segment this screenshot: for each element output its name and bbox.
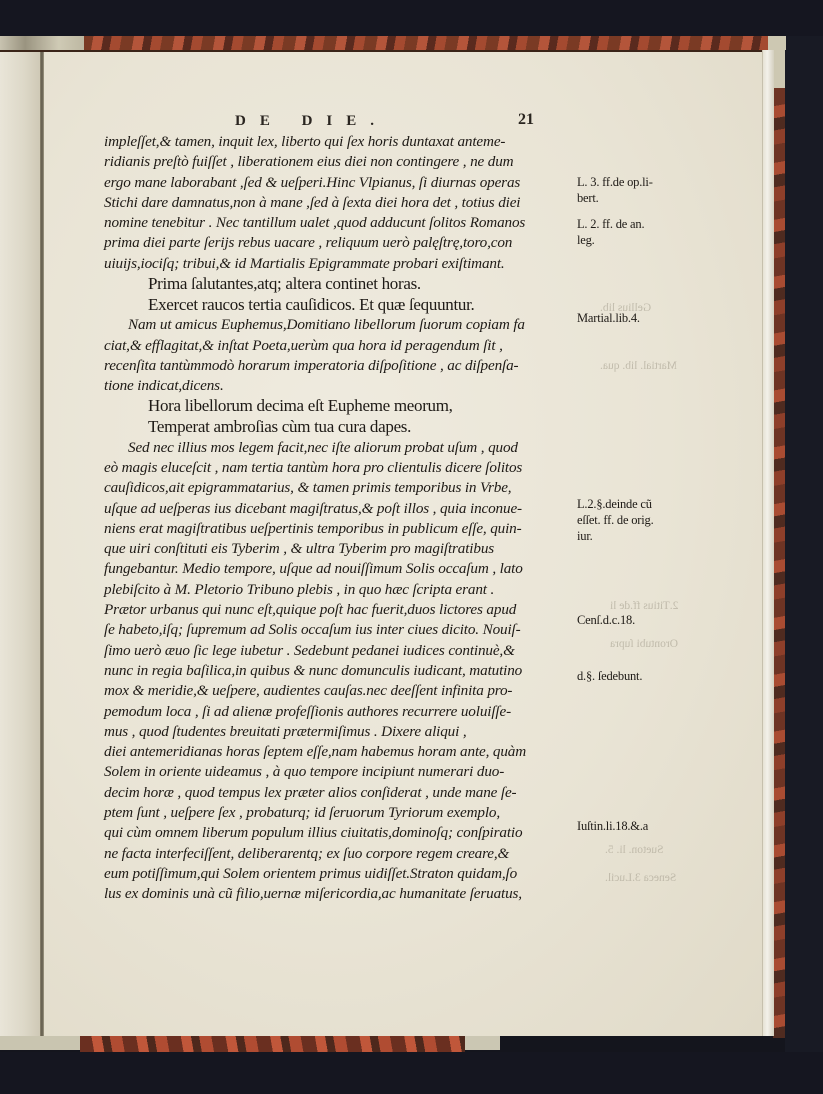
text-line: niens erat magiſtratibus ueſpertinis tem… [104,519,582,539]
margin-note-line: eſſet. ff. de orig. [577,512,654,528]
marbled-cover-bottom-edge [80,1036,465,1052]
running-head: DE DIE. [235,113,388,130]
text-line: lus ex dominis unà cũ filio,uernæ miſeri… [104,884,582,904]
text-line: eum potiſſimum,qui Solem orientem primus… [104,864,582,884]
marbled-cover-top-edge [0,36,770,52]
text-line: qui cùm omnem liberum populum illius ciu… [104,823,582,843]
vellum-corner-right [773,50,785,90]
margin-note: Cenſ.d.c.18. [577,612,635,628]
scan-background-right [785,36,823,1052]
margin-note: d.§. ſedebunt. [577,668,642,684]
vellum-corner-bottom [465,1036,500,1050]
text-line: decim horæ , quod tempus lex præter alio… [104,783,582,803]
margin-note: L. 2. ff. de an.leg. [577,216,644,248]
scan-background-top [0,0,823,36]
margin-note-line: leg. [577,232,644,248]
margin-note-line: Martial.lib.4. [577,310,640,326]
show-through-line: Seneca 3.Lucil. [605,872,676,884]
margin-note-line: L.2.§.deinde cũ [577,496,654,512]
text-line: prima diei parte ſerijs rebus uacare , r… [104,233,582,253]
text-line: ptem ſunt , ueſpere ſex , probaturq; id … [104,803,582,823]
facing-page-left [0,52,40,1036]
verse-line: Hora libellorum decima eſt Eupheme meoru… [104,396,582,417]
text-line: eò magis eluceſcit , nam tertia tantùm h… [104,458,582,478]
margin-note: Iuſtin.li.18.&.a [577,818,648,834]
text-line: Stichi dare damnatus,non à mane ,ſed à ſ… [104,193,582,213]
text-line: ergo mane laborabant ,ſed & ueſperi.Hinc… [104,173,582,193]
text-line: pemodum loca , ſi ad alienæ profeſſionis… [104,702,582,722]
verse-line: Prima ſalutantes,atq; altera continet ho… [104,274,582,295]
margin-note-line: L. 3. ff.de op.li- [577,174,653,190]
show-through-line: Martial. lib. qua. [600,360,677,372]
verse-line: Temperat ambroſias cùm tua cura dapes. [104,417,582,438]
text-line: fungebantur. Medio tempore, uſque ad nou… [104,559,582,579]
text-line: ciat,& efflagitat,& inſtat Poeta,uerùm q… [104,336,582,356]
text-line: Sed nec illius mos legem facit,nec iſte … [104,438,582,458]
text-line: que uiri conſtituti eis Tyberim , & ultr… [104,539,582,559]
text-line: mus , quod ſtudentes breuitati prætermiſ… [104,722,582,742]
margin-note-line: bert. [577,190,653,206]
text-line: recenſita tantùmmodò horarum imperatoria… [104,356,582,376]
page-header: DE DIE. 21 [100,113,600,131]
text-line: uſque ad ueſperas ius dicebant magiſtrat… [104,499,582,519]
text-line: impleſſet,& tamen, inquit lex, liberto q… [104,132,582,152]
margin-note: L.2.§.deinde cũeſſet. ff. de orig.iur. [577,496,654,544]
margin-note: Martial.lib.4. [577,310,640,326]
text-line: plebiſcito à M. Pletorio Tribuno plebis … [104,580,582,600]
margin-note-line: d.§. ſedebunt. [577,668,642,684]
marbled-cover-right-edge [773,88,785,1038]
page-fore-edge [762,50,774,1036]
vellum-spine-bottom [0,1036,82,1050]
page-number: 21 [518,111,534,129]
verse-line: Exercet raucos tertia cauſidicos. Et quæ… [104,295,582,316]
body-text: impleſſet,& tamen, inquit lex, liberto q… [104,132,582,904]
text-line: cauſidicos,ait epigrammatarius, & tamen … [104,478,582,498]
text-line: Solem in oriente uideamus , à quo tempor… [104,762,582,782]
margin-note-line: Iuſtin.li.18.&.a [577,818,648,834]
show-through-line: 2.Titius ff.de li [610,600,678,612]
text-line: ſimo uerò æuo ſic lege iubetur . Sedebun… [104,641,582,661]
text-line: nunc in regia baſilica,in quibus & nunc … [104,661,582,681]
text-line: ſe habeto,iſq; ſupremum ad Solis occaſum… [104,620,582,640]
text-line: Prætor urbanus qui nunc eſt,quique poſt … [104,600,582,620]
margin-note-line: Cenſ.d.c.18. [577,612,635,628]
vellum-spine-top [0,36,84,50]
text-line: Nam ut amicus Euphemus,Domitiano libello… [104,315,582,335]
text-line: mox & meridie,& ueſpere, audientes cauſa… [104,681,582,701]
margin-note-line: L. 2. ff. de an. [577,216,644,232]
show-through-line: Orontubi ſupra [610,638,678,650]
text-line: diei antemeridianas horas ſeptem eſſe,na… [104,742,582,762]
text-line: ne facta interfeciſſent, deliberarentq; … [104,844,582,864]
margin-note: L. 3. ff.de op.li-bert. [577,174,653,206]
vellum-corner-top-right [768,36,786,50]
margin-note-line: iur. [577,528,654,544]
text-line: tione indicat,dicens. [104,376,582,396]
text-line: uiuijs,iociſq; tribui,& id Martialis Epi… [104,254,582,274]
scan-background-bottom [0,1052,823,1094]
text-line: ridianis preſtò fuiſſet , liberationem e… [104,152,582,172]
text-line: nomine tenebitur . Nec tantillum ualet ,… [104,213,582,233]
show-through-line: Sueton. li. 5. [605,844,663,856]
